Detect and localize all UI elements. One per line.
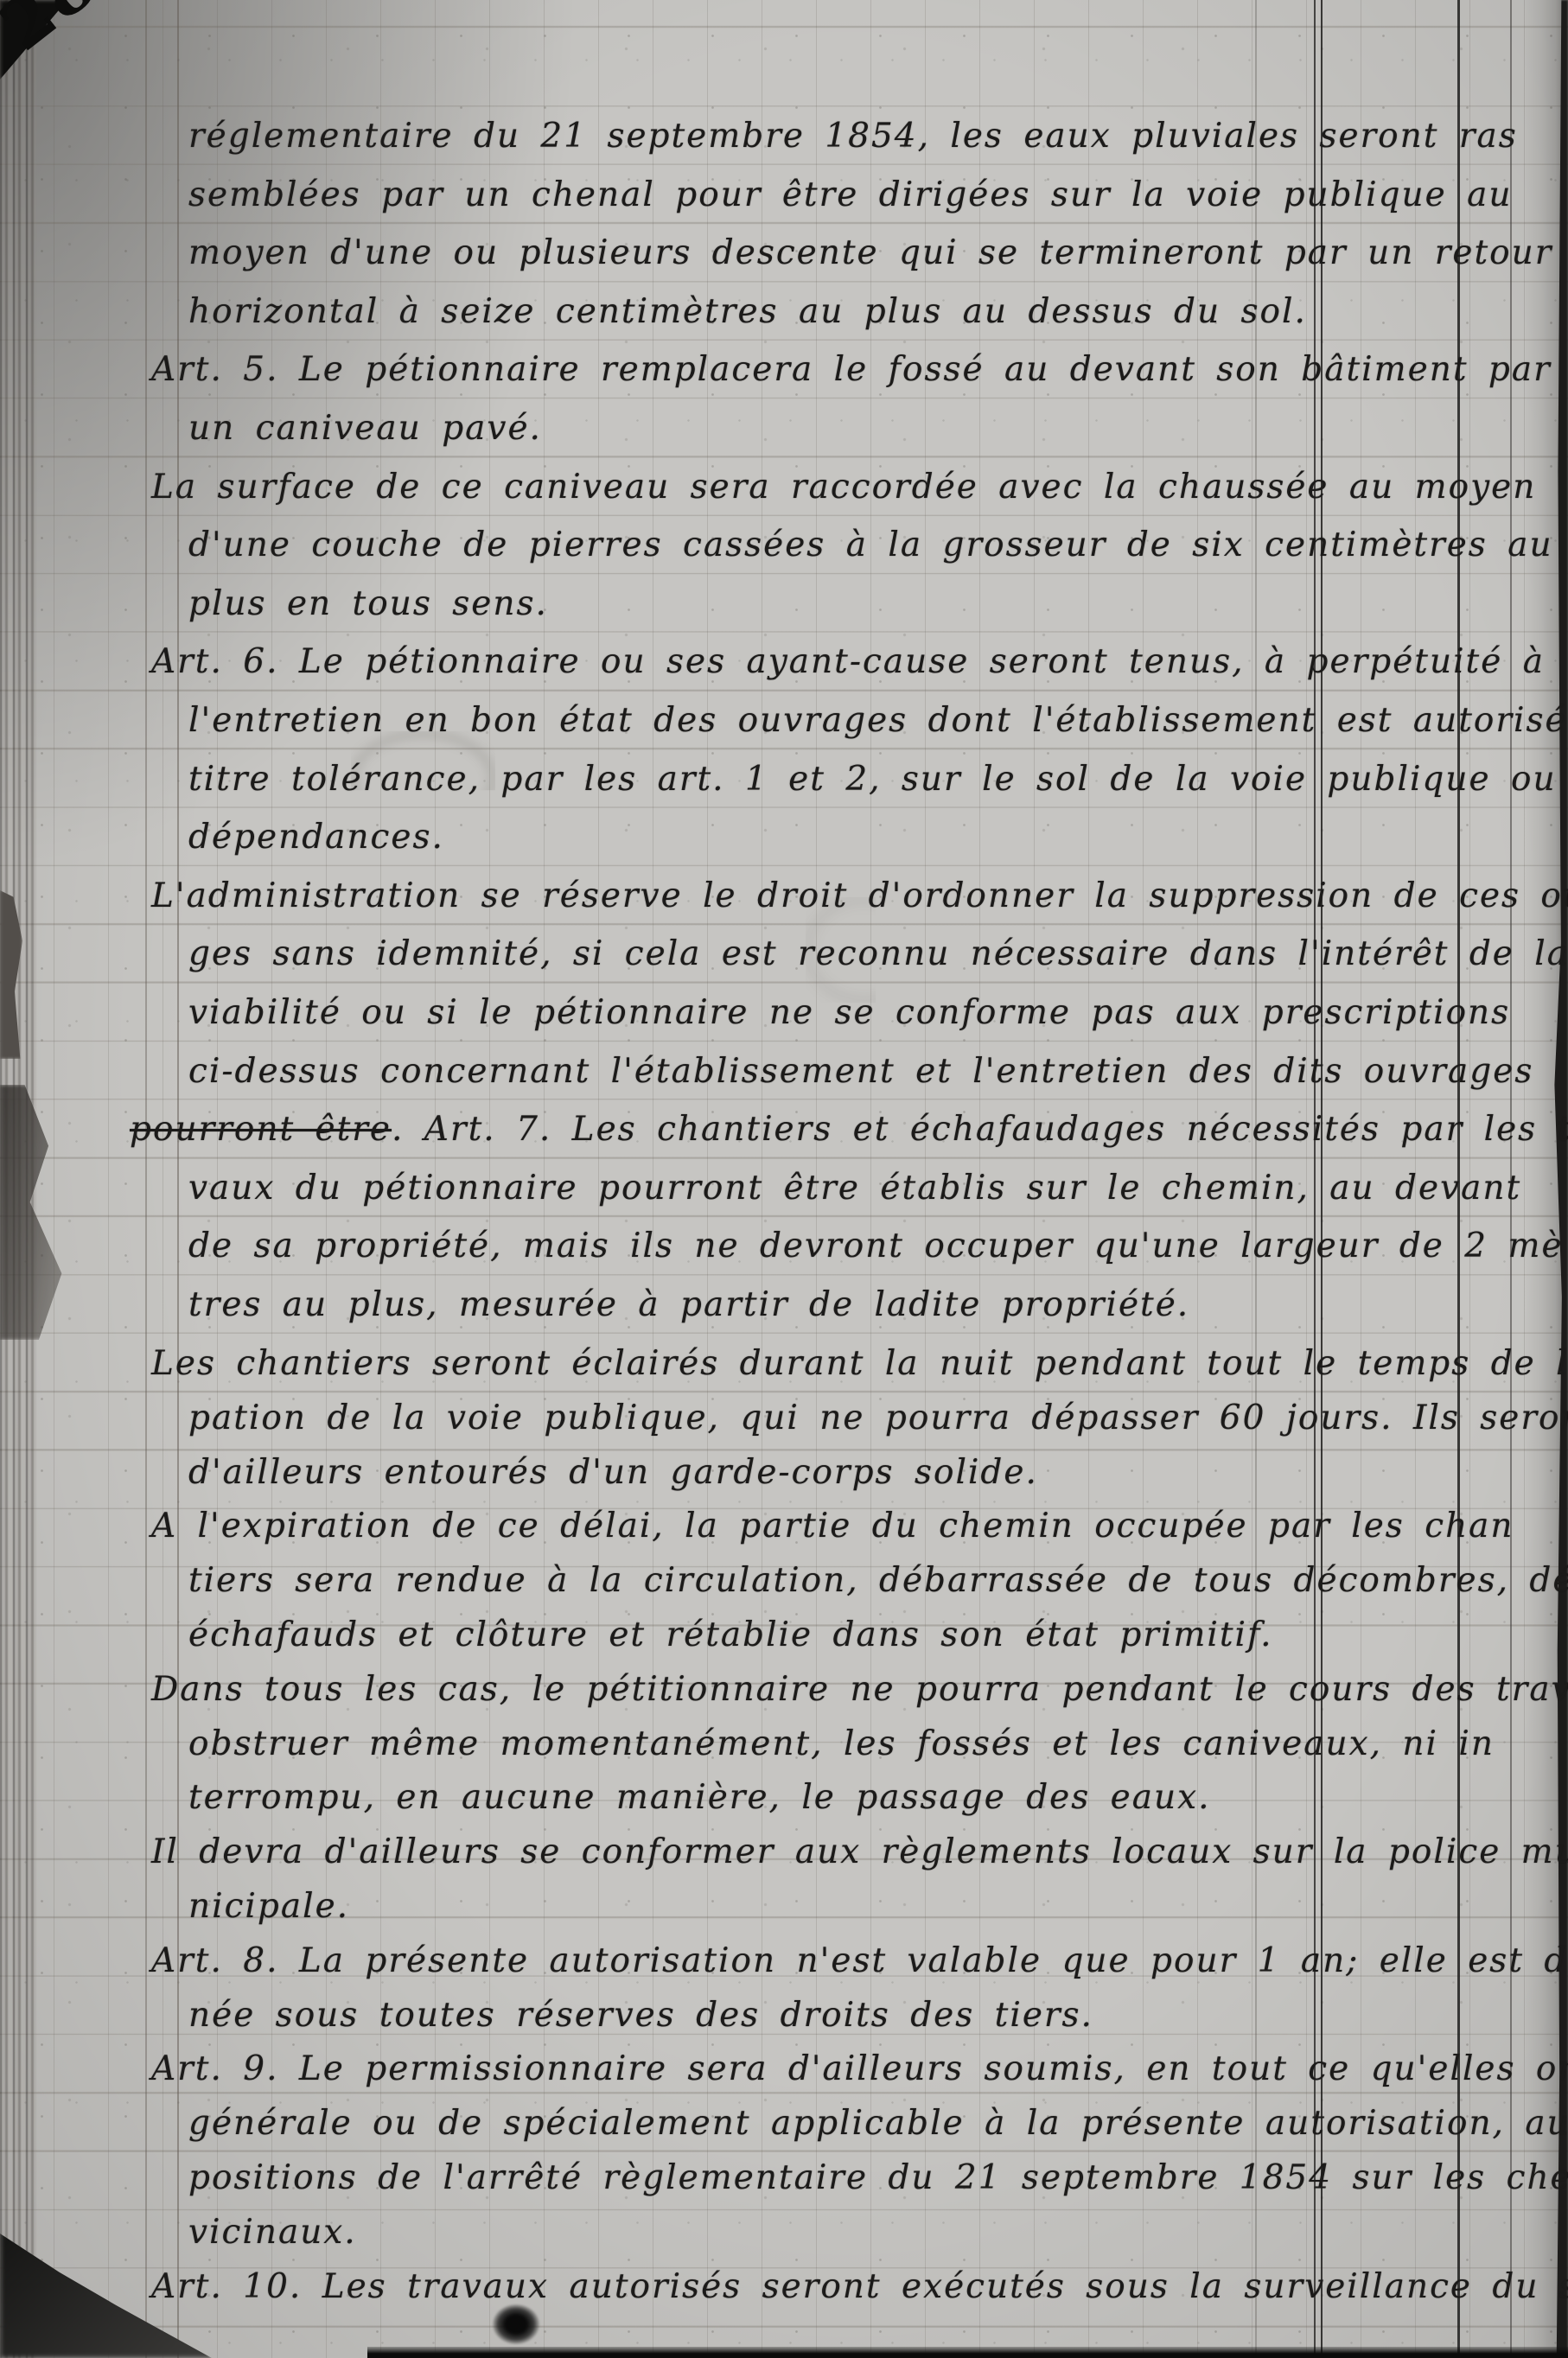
text-line: générale ou de spécialement applicable à… xyxy=(188,2106,1568,2140)
text-line: ges sans idemnité, si cela est reconnu n… xyxy=(188,937,1568,971)
text-line: Art. 9. Le permissionnaire sera d'ailleu… xyxy=(151,2052,1568,2086)
text-line: La surface de ce caniveau sera raccordée… xyxy=(151,470,1536,504)
text-line: ci-dessus concernant l'établissement et … xyxy=(188,1055,1533,1088)
struck-through-text: pourront être xyxy=(130,1110,392,1149)
text-line: Dans tous les cas, le pétitionnaire ne p… xyxy=(151,1673,1568,1706)
text-line: Art. 10. Les travaux autorisés seront ex… xyxy=(151,2270,1568,2304)
text-line: A l'expiration de ce délai, la partie du… xyxy=(151,1509,1514,1543)
text-line: terrompu, en aucune manière, le passage … xyxy=(188,1781,1211,1814)
text-line: Il devra d'ailleurs se conformer aux règ… xyxy=(151,1835,1568,1869)
text-line: d'une couche de pierres cassées à la gro… xyxy=(188,528,1553,562)
text-line: tiers sera rendue à la circulation, déba… xyxy=(188,1564,1568,1597)
ink-blot xyxy=(493,2304,539,2344)
text-line: vicinaux. xyxy=(188,2215,357,2249)
text-line: pation de la voie publique, qui ne pourr… xyxy=(188,1401,1568,1435)
text-line: plus en tous sens. xyxy=(188,587,548,621)
text-line: semblées par un chenal pour être dirigée… xyxy=(188,178,1513,212)
text-line: Art. 5. Le pétionnaire remplacera le fos… xyxy=(151,353,1552,386)
text-line: née sous toutes réserves des droits des … xyxy=(188,1998,1093,2032)
scan-bottom-edge xyxy=(367,2347,1568,2358)
text-line: pourront être. Art. 7. Les chantiers et … xyxy=(130,1112,1568,1146)
text-line: d'ailleurs entourés d'un garde-corps sol… xyxy=(188,1456,1038,1489)
text-line: positions de l'arrêté règlementaire du 2… xyxy=(188,2161,1568,2195)
text-line: un caniveau pavé. xyxy=(188,411,542,445)
text-line: de sa propriété, mais ils ne devront occ… xyxy=(188,1229,1564,1263)
text-line: tres au plus, mesurée à partir de ladite… xyxy=(188,1288,1189,1322)
text-line: L'administration se réserve le droit d'o… xyxy=(151,879,1568,913)
text-line: Les chantiers seront éclairés durant la … xyxy=(151,1347,1568,1380)
text-line: dépendances. xyxy=(188,820,444,854)
text-line: moyen d'une ou plusieurs descente qui se… xyxy=(188,236,1552,270)
text-line: horizontal à seize centimètres au plus a… xyxy=(188,295,1307,328)
text-line: viabilité ou si le pétionnaire ne se con… xyxy=(188,996,1510,1029)
text-line: Art. 8. La présente autorisation n'est v… xyxy=(151,1944,1568,1978)
text-line: échafauds et clôture et rétablie dans so… xyxy=(188,1618,1272,1652)
text-line: titre tolérance, par les art. 1 et 2, su… xyxy=(188,762,1568,796)
text-line: l'entretien en bon état des ouvrages don… xyxy=(188,704,1568,737)
scanned-page: réglementaire du 21 septembre 1854, les … xyxy=(0,0,1568,2358)
text-line: obstruer même momentanément, les fossés … xyxy=(188,1727,1495,1761)
manuscript-text: réglementaire du 21 septembre 1854, les … xyxy=(0,0,1568,2358)
text-line: nicipale. xyxy=(188,1890,349,1923)
text-line: réglementaire du 21 septembre 1854, les … xyxy=(188,119,1518,153)
text-line: vaux du pétionnaire pourront être établi… xyxy=(188,1171,1521,1205)
text-line: Art. 6. Le pétionnaire ou ses ayant-caus… xyxy=(151,645,1545,679)
